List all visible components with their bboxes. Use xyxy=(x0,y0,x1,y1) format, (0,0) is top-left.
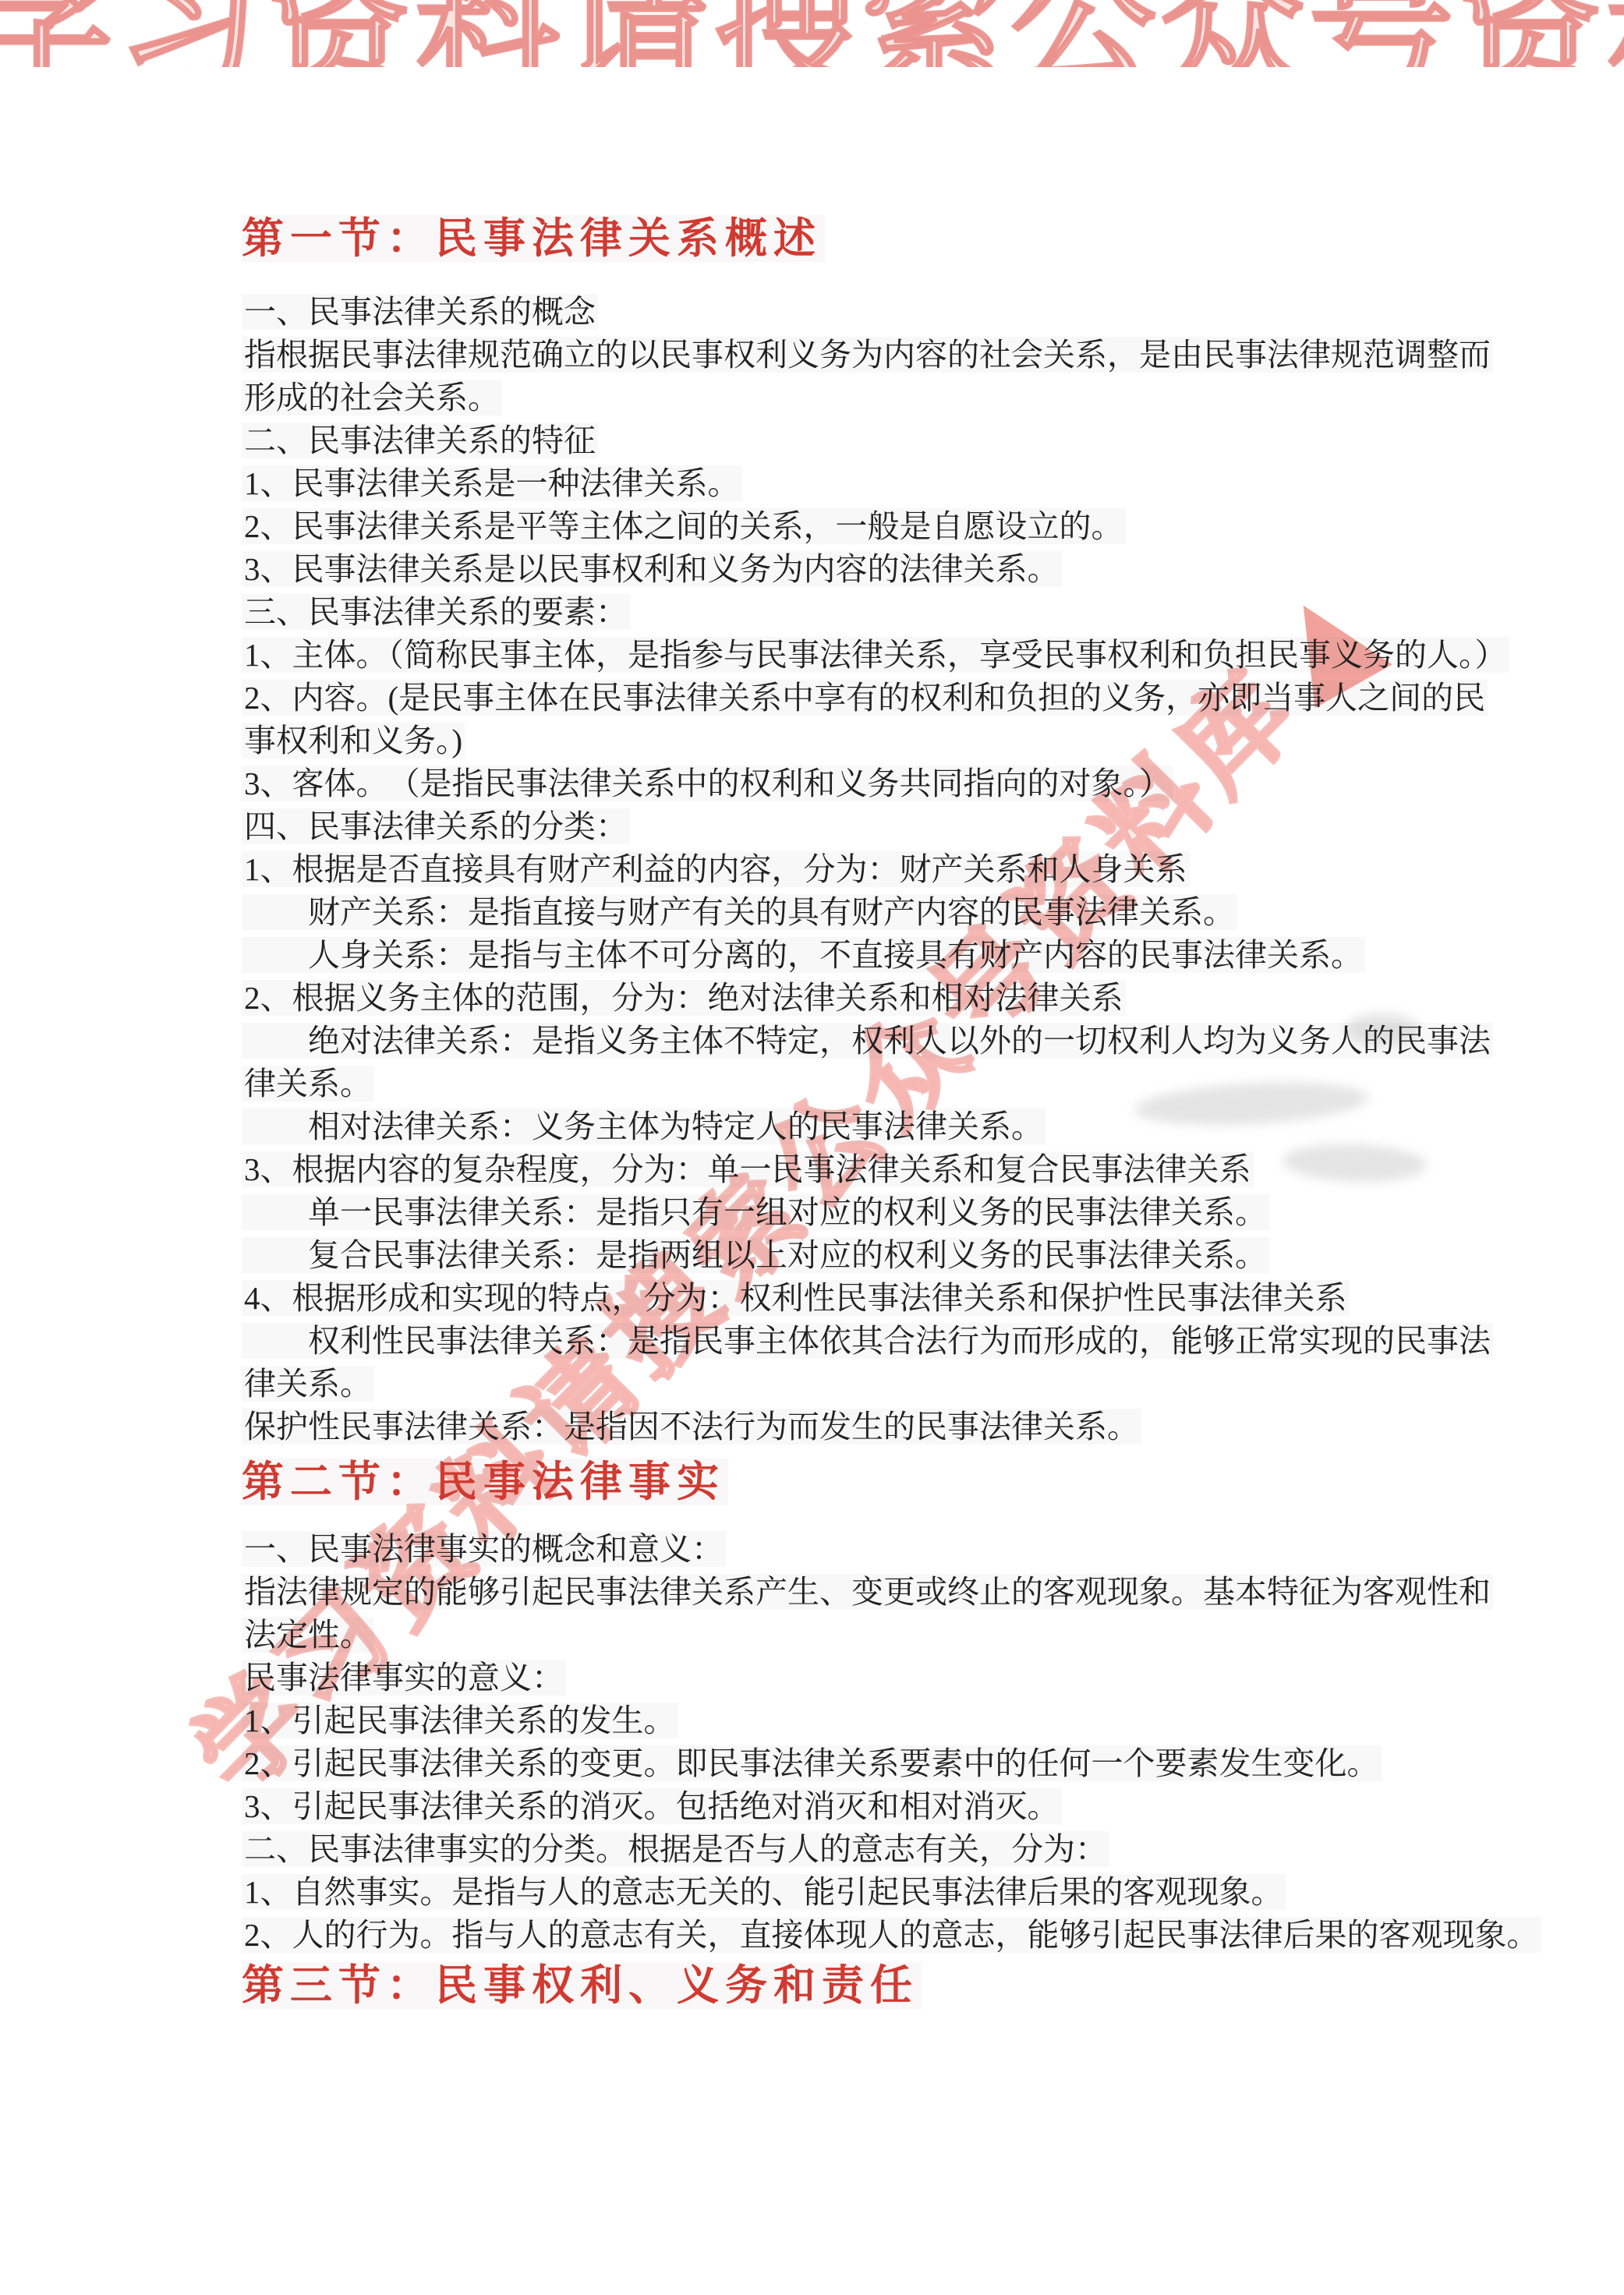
text-line: 4、根据形成和实现的特点，分为：权利性民事法律关系和保护性民事法律关系 xyxy=(242,1277,1505,1320)
text-line-content: 复合民事法律关系：是指两组以上对应的权利义务的民事法律关系。 xyxy=(242,1237,1269,1273)
text-line-content: 三、民事法律关系的要素： xyxy=(242,594,630,630)
text-line-content: 财产关系：是指直接与财产有关的具有财产内容的民事法律关系。 xyxy=(242,894,1237,930)
text-line-content: 形成的社会关系。 xyxy=(242,380,502,416)
text-line-content: 律关系。 xyxy=(242,1366,374,1402)
text-line-content: 2、内容。(是民事主体在民事法律关系中享有的权利和负担的义务，亦即当事人之间的民 xyxy=(242,680,1488,716)
text-line-content: 四、民事法律关系的分类： xyxy=(242,808,630,844)
text-line: 四、民事法律关系的分类： xyxy=(242,805,1505,848)
text-line: 一、民事法律关系的概念 xyxy=(242,291,1505,334)
text-line-content: 1、引起民事法律关系的发生。 xyxy=(242,1703,678,1738)
text-line: 律关系。 xyxy=(242,1063,1505,1105)
section-heading-text: 第三节：民事权利、义务和责任 xyxy=(242,1962,922,2009)
text-line-content: 律关系。 xyxy=(242,1066,374,1102)
text-line-content: 二、民事法律事实的分类。根据是否与人的意志有关，分为： xyxy=(242,1831,1109,1867)
watermark-top-fragment: 学习资料请搜索公众号资料库学习资料请搜索公众号资料库学习资料请搜索公众号资料库 xyxy=(0,0,1624,67)
section-heading: 第三节：民事权利、义务和责任 xyxy=(242,1961,1505,2010)
text-line: 绝对法律关系：是指义务主体不特定，权利人以外的一切权利人均为义务人的民事法 xyxy=(242,1020,1505,1063)
text-line: 民事法律事实的意义： xyxy=(242,1657,1505,1699)
section-heading: 第二节：民事法律事实 xyxy=(242,1458,1505,1506)
text-line: 事权利和义务。) xyxy=(242,720,1505,762)
text-line-content: 1、根据是否直接具有财产利益的内容，分为：财产关系和人身关系 xyxy=(242,851,1190,887)
text-line: 2、内容。(是民事主体在民事法律关系中享有的权利和负担的义务，亦即当事人之间的民 xyxy=(242,677,1505,720)
text-line: 人身关系：是指与主体不可分离的，不直接具有财产内容的民事法律关系。 xyxy=(242,934,1505,977)
text-line-content: 一、民事法律关系的概念 xyxy=(242,294,598,330)
text-line-content: 权利性民事法律关系：是指民事主体依其合法行为而形成的，能够正常实现的民事法 xyxy=(242,1323,1493,1359)
text-line: 保护性民事法律关系：是指因不法行为而发生的民事法律关系。 xyxy=(242,1406,1505,1448)
section-heading-text: 第一节：民事法律关系概述 xyxy=(242,215,825,262)
text-line-content: 1、民事法律关系是一种法律关系。 xyxy=(242,465,742,501)
text-line: 二、民事法律关系的特征 xyxy=(242,419,1505,462)
text-line-content: 相对法律关系：义务主体为特定人的民事法律关系。 xyxy=(242,1109,1046,1144)
text-line: 复合民事法律关系：是指两组以上对应的权利义务的民事法律关系。 xyxy=(242,1234,1505,1277)
text-line-content: 3、客体。 （是指民事法律关系中的权利和义务共同指向的对象。） xyxy=(242,766,1173,801)
text-line: 2、民事法律关系是平等主体之间的关系，一般是自愿设立的。 xyxy=(242,505,1505,548)
text-line: 1、民事法律关系是一种法律关系。 xyxy=(242,462,1505,505)
text-line: 三、民事法律关系的要素： xyxy=(242,591,1505,634)
text-line: 3、引起民事法律关系的消灭。包括绝对消灭和相对消灭。 xyxy=(242,1785,1505,1828)
text-line-content: 2、人的行为。指与人的意志有关，直接体现人的意志，能够引起民事法律后果的客观现象… xyxy=(242,1917,1541,1953)
text-line: 律关系。 xyxy=(242,1363,1505,1406)
text-line: 1、根据是否直接具有财产利益的内容，分为：财产关系和人身关系 xyxy=(242,848,1505,891)
text-line-content: 一、民事法律事实的概念和意义： xyxy=(242,1531,726,1567)
text-line: 2、人的行为。指与人的意志有关，直接体现人的意志，能够引起民事法律后果的客观现象… xyxy=(242,1914,1505,1957)
text-line: 1、自然事实。是指与人的意志无关的、能引起民事法律后果的客观现象。 xyxy=(242,1871,1505,1914)
text-line: 指法律规定的能够引起民事法律关系产生、变更或终止的客观现象。基本特征为客观性和 xyxy=(242,1571,1505,1614)
text-line: 法定性。 xyxy=(242,1614,1505,1657)
text-line-content: 民事法律事实的意义： xyxy=(242,1660,566,1696)
text-line: 1、主体。（简称民事主体，是指参与民事法律关系，享受民事权利和负担民事义务的人。… xyxy=(242,634,1505,677)
text-line-content: 1、自然事实。是指与人的意志无关的、能引起民事法律后果的客观现象。 xyxy=(242,1874,1286,1910)
text-line-content: 单一民事法律关系：是指只有一组对应的权利义务的民事法律关系。 xyxy=(242,1194,1269,1230)
section-heading-text: 第二节：民事法律事实 xyxy=(242,1459,728,1505)
section-heading: 第一节：民事法律关系概述 xyxy=(242,214,1505,263)
text-line-content: 4、根据形成和实现的特点，分为：权利性民事法律关系和保护性民事法律关系 xyxy=(242,1280,1350,1316)
text-line: 单一民事法律关系：是指只有一组对应的权利义务的民事法律关系。 xyxy=(242,1191,1505,1234)
text-line: 一、民事法律事实的概念和意义： xyxy=(242,1528,1505,1571)
text-line-content: 指法律规定的能够引起民事法律关系产生、变更或终止的客观现象。基本特征为客观性和 xyxy=(242,1574,1493,1610)
text-line: 3、根据内容的复杂程度，分为：单一民事法律关系和复合民事法律关系 xyxy=(242,1148,1505,1191)
text-line: 财产关系：是指直接与财产有关的具有财产内容的民事法律关系。 xyxy=(242,891,1505,934)
text-line-content: 保护性民事法律关系：是指因不法行为而发生的民事法律关系。 xyxy=(242,1409,1141,1445)
text-line: 2、引起民事法律关系的变更。即民事法律关系要素中的任何一个要素发生变化。 xyxy=(242,1742,1505,1785)
text-line-content: 2、根据义务主体的范围，分为：绝对法律关系和相对法律关系 xyxy=(242,980,1126,1016)
text-line-content: 3、民事法律关系是以民事权利和义务为内容的法律关系。 xyxy=(242,551,1062,587)
text-line: 形成的社会关系。 xyxy=(242,377,1505,419)
text-line: 2、根据义务主体的范围，分为：绝对法律关系和相对法律关系 xyxy=(242,977,1505,1020)
document-content: 第一节：民事法律关系概述一、民事法律关系的概念指根据民事法律规范确立的以民事权利… xyxy=(242,214,1505,2010)
text-line-content: 2、引起民事法律关系的变更。即民事法律关系要素中的任何一个要素发生变化。 xyxy=(242,1745,1382,1781)
text-line-content: 指根据民事法律规范确立的以民事权利义务为内容的社会关系，是由民事法律规范调整而 xyxy=(242,337,1493,373)
text-line: 二、民事法律事实的分类。根据是否与人的意志有关，分为： xyxy=(242,1828,1505,1871)
text-line-content: 人身关系：是指与主体不可分离的，不直接具有财产内容的民事法律关系。 xyxy=(242,937,1365,973)
text-line: 相对法律关系：义务主体为特定人的民事法律关系。 xyxy=(242,1105,1505,1148)
text-line-content: 事权利和义务。) xyxy=(242,723,465,759)
text-line-content: 绝对法律关系：是指义务主体不特定，权利人以外的一切权利人均为义务人的民事法 xyxy=(242,1023,1493,1059)
text-line-content: 3、根据内容的复杂程度，分为：单一民事法律关系和复合民事法律关系 xyxy=(242,1151,1254,1187)
text-line-content: 3、引起民事法律关系的消灭。包括绝对消灭和相对消灭。 xyxy=(242,1788,1062,1824)
text-line-content: 二、民事法律关系的特征 xyxy=(242,423,598,458)
text-line: 3、客体。 （是指民事法律关系中的权利和义务共同指向的对象。） xyxy=(242,762,1505,805)
text-line-content: 法定性。 xyxy=(242,1617,374,1653)
text-line-content: 2、民事法律关系是平等主体之间的关系，一般是自愿设立的。 xyxy=(242,508,1126,544)
text-line: 3、民事法律关系是以民事权利和义务为内容的法律关系。 xyxy=(242,548,1505,591)
text-line: 1、引起民事法律关系的发生。 xyxy=(242,1699,1505,1742)
scanned-document-page: 学习资料请搜索公众号资料库学习资料请搜索公众号资料库学习资料请搜索公众号资料库 … xyxy=(0,0,1624,2295)
watermark-top-text: 学习资料请搜索公众号资料库学习资料请搜索公众号资料库学习资料请搜索公众号资料库 xyxy=(0,0,1624,67)
text-line: 权利性民事法律关系：是指民事主体依其合法行为而形成的，能够正常实现的民事法 xyxy=(242,1320,1505,1363)
text-line-content: 1、主体。（简称民事主体，是指参与民事法律关系，享受民事权利和负担民事义务的人。… xyxy=(242,637,1509,673)
text-line: 指根据民事法律规范确立的以民事权利义务为内容的社会关系，是由民事法律规范调整而 xyxy=(242,334,1505,377)
